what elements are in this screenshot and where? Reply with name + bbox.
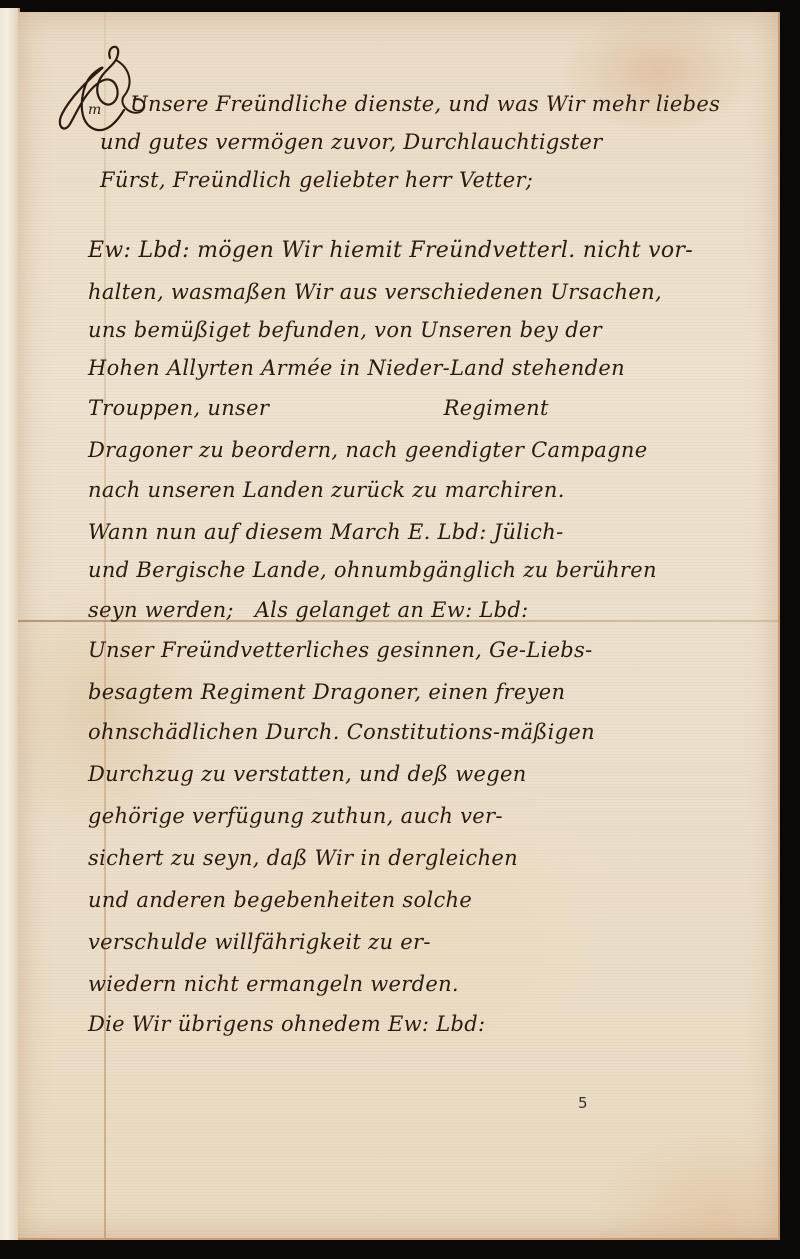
text-line: und Bergische Lande, ohnumbgänglich zu b… (88, 560, 657, 581)
text-line: verschulde willfährigkeit zu er- (88, 932, 431, 953)
underlying-page-edge (0, 8, 20, 1240)
text-line: Wann nun auf diesem March E. Lbd: Jülich… (88, 522, 563, 543)
letter-sheet: m Unsere Freündliche dienste, und was Wi… (18, 12, 780, 1240)
svg-text:m: m (88, 102, 101, 118)
document-scan: m Unsere Freündliche dienste, und was Wi… (0, 0, 800, 1259)
text-line: sichert zu seyn, daß Wir in dergleichen (88, 848, 518, 869)
text-line: gehörige verfügung zuthun, auch ver- (88, 806, 503, 827)
text-line: Hohen Allyrten Armée in Nieder-Land steh… (88, 358, 625, 379)
text-line: besagtem Regiment Dragoner, einen freyen (88, 682, 565, 703)
text-line: Unsere Freündliche dienste, und was Wir … (130, 94, 720, 115)
text-line: und gutes vermögen zuvor, Durchlauchtigs… (100, 132, 603, 153)
vertical-fold-line (104, 12, 106, 1238)
text-line: und anderen begebenheiten solche (88, 890, 472, 911)
text-line: Fürst, Freündlich geliebter herr Vetter; (100, 170, 533, 191)
page-number: 5 (578, 1094, 588, 1112)
text-line: ohnschädlichen Durch. Constitutions-mäßi… (88, 722, 595, 743)
text-line: nach unseren Landen zurück zu marchiren. (88, 480, 565, 501)
text-line: halten, wasmaßen Wir aus verschiedenen U… (88, 282, 662, 303)
text-line: Dragoner zu beordern, nach geendigter Ca… (88, 440, 647, 461)
text-line: seyn werden; Als gelanget an Ew: Lbd: (88, 600, 529, 621)
text-line: Die Wir übrigens ohnedem Ew: Lbd: (88, 1014, 485, 1035)
text-line: Durchzug zu verstatten, und deß wegen (88, 764, 527, 785)
text-line: uns bemüßiget befunden, von Unseren bey … (88, 320, 602, 341)
text-line: Trouppen, unser Regiment (88, 398, 549, 419)
text-line: Ew: Lbd: mögen Wir hiemit Freündvetterl.… (88, 240, 693, 262)
text-line: wiedern nicht ermangeln werden. (88, 974, 459, 995)
text-line: Unser Freündvetterliches gesinnen, Ge-Li… (88, 640, 593, 661)
